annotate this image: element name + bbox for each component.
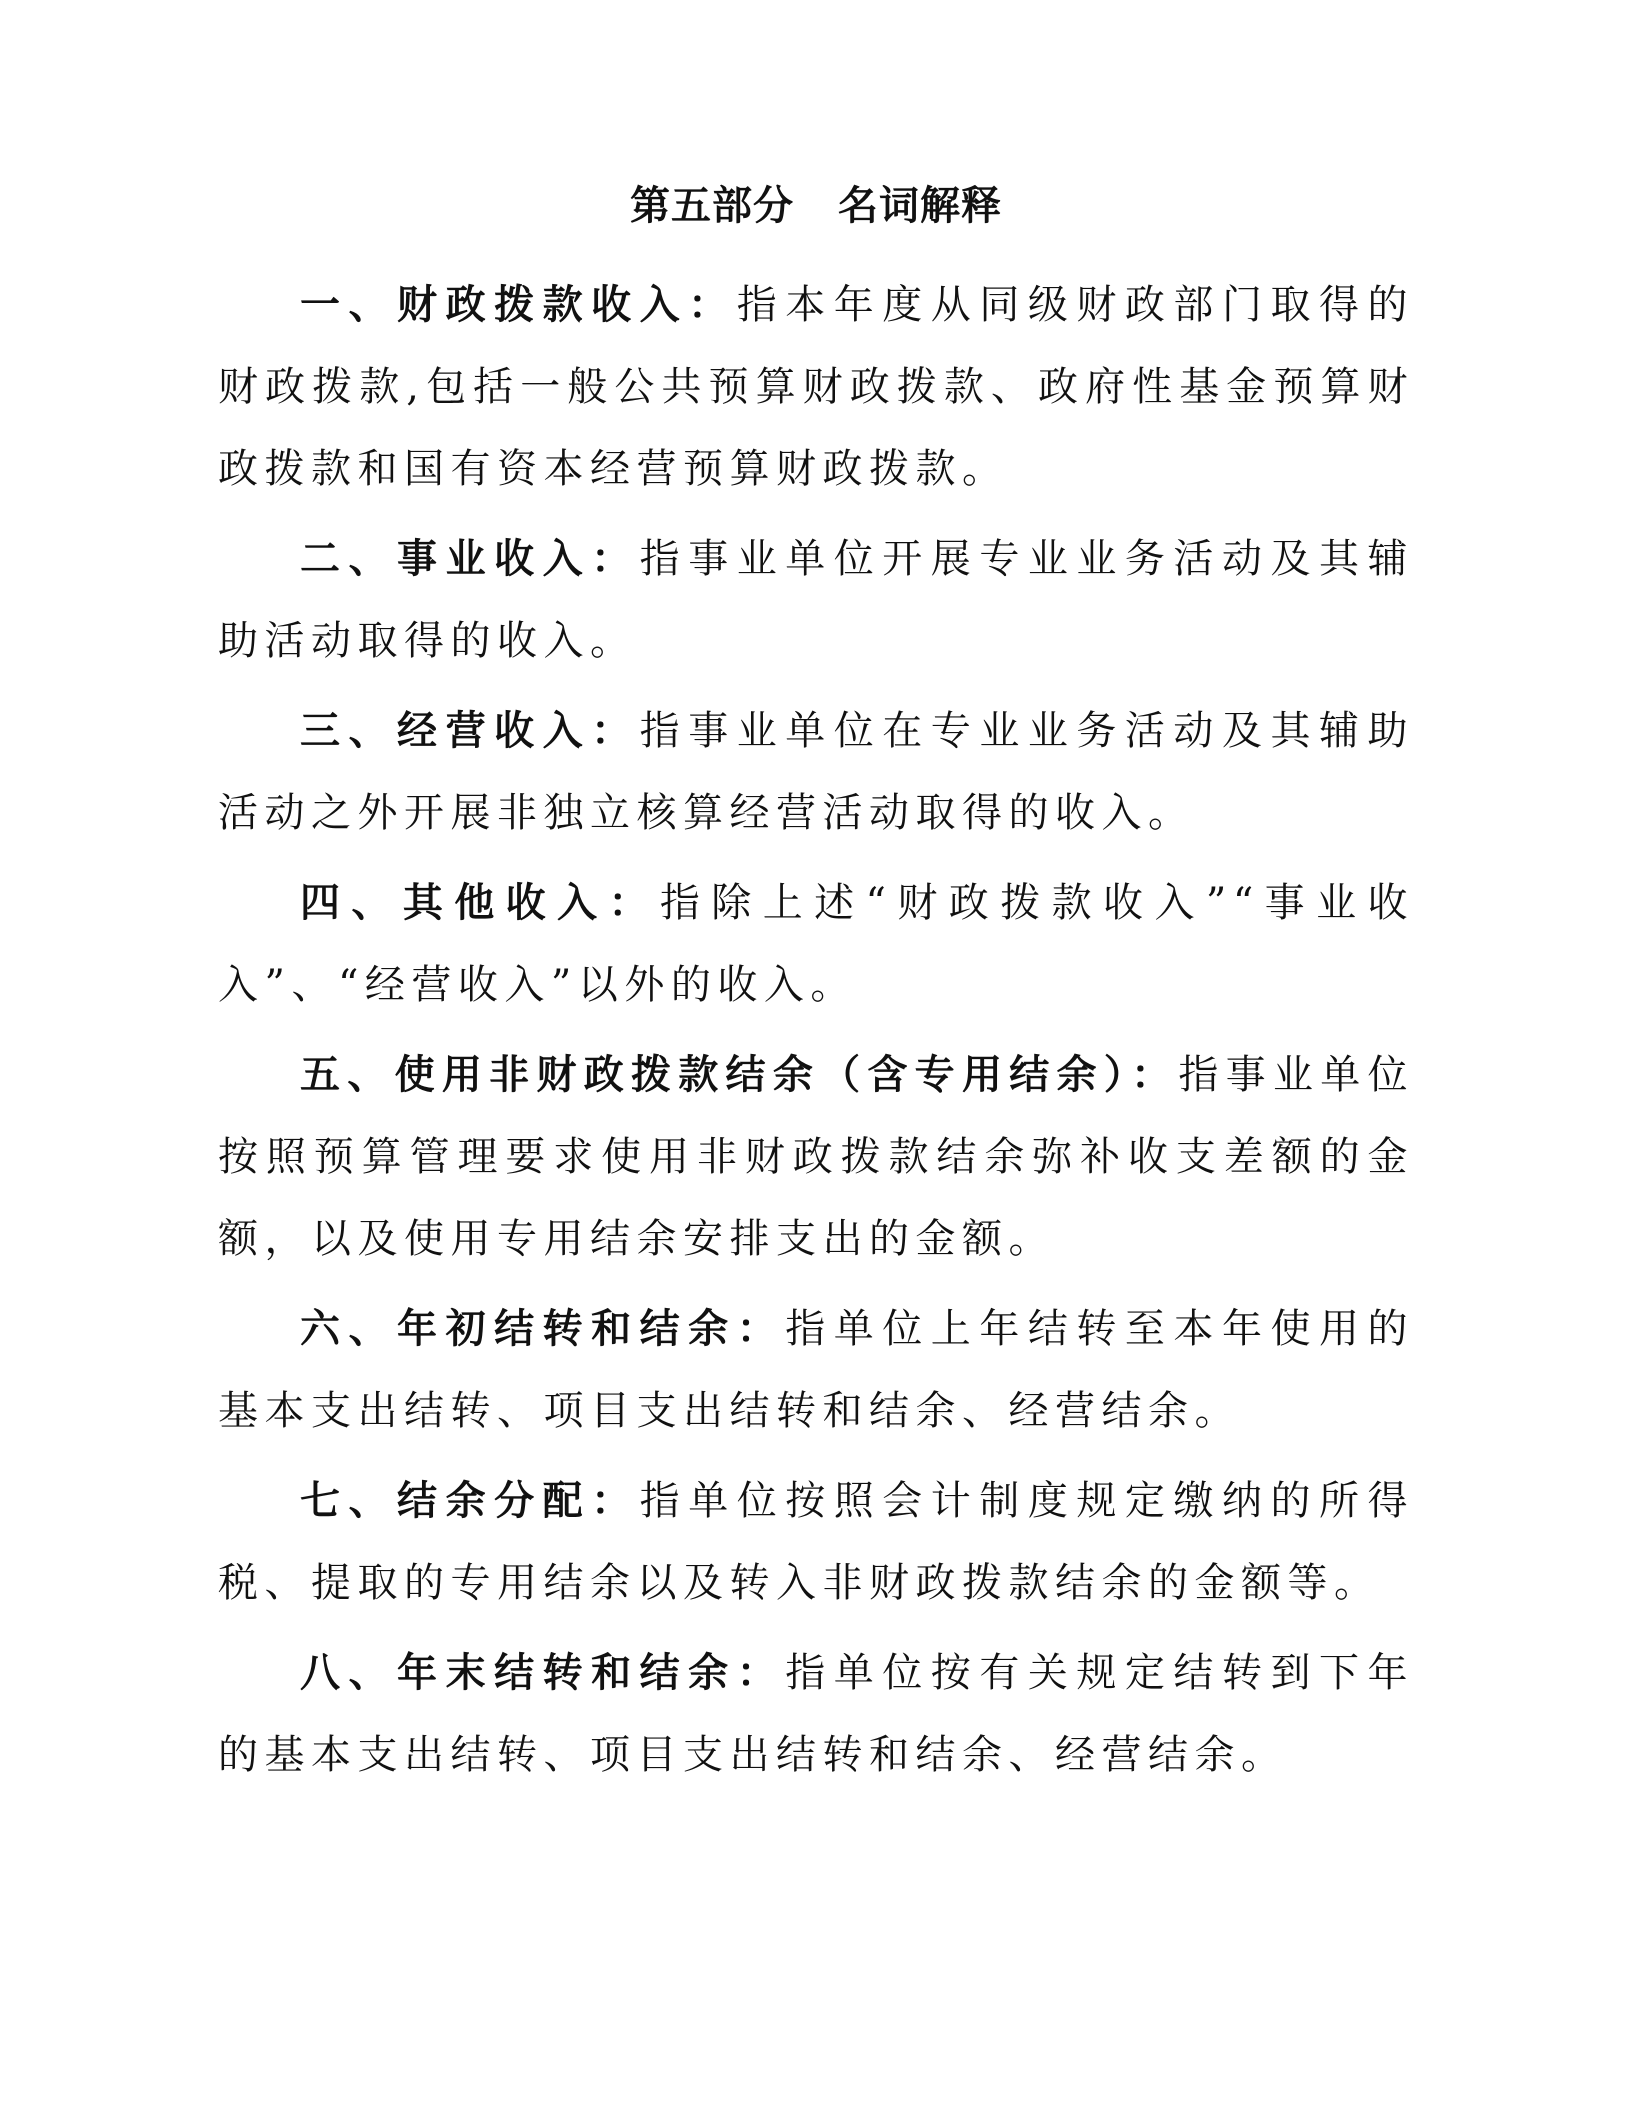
definition-term: 一、财政拨款收入： — [300, 281, 737, 328]
definition-paragraph-8: 八、年末结转和结余：指单位按有关规定结转到下年的基本支出结转、项目支出结转和结余… — [218, 1632, 1414, 1796]
definition-paragraph-2: 二、事业收入：指事业单位开展专业业务活动及其辅助活动取得的收入。 — [218, 518, 1414, 682]
definition-term: 三、经营收入： — [300, 707, 640, 754]
title-name: 名词解释 — [838, 182, 1002, 229]
definition-term: 五、使用非财政拨款结余（含专用结余）： — [300, 1051, 1178, 1098]
definition-paragraph-5: 五、使用非财政拨款结余（含专用结余）：指事业单位按照预算管理要求使用非财政拨款结… — [218, 1034, 1414, 1280]
definition-paragraph-3: 三、经营收入：指事业单位在专业业务活动及其辅助活动之外开展非独立核算经营活动取得… — [218, 690, 1414, 854]
definition-term: 八、年末结转和结余： — [300, 1649, 785, 1696]
definition-term: 六、年初结转和结余： — [300, 1305, 785, 1352]
definition-term: 二、事业收入： — [300, 535, 640, 582]
definition-paragraph-7: 七、结余分配：指单位按照会计制度规定缴纳的所得税、提取的专用结余以及转入非财政拨… — [218, 1460, 1414, 1624]
definition-term: 七、结余分配： — [300, 1477, 640, 1524]
definition-paragraph-4: 四、其他收入：指除上述“财政拨款收入”“事业收入”、“经营收入”以外的收入。 — [218, 862, 1414, 1026]
definition-paragraph-1: 一、财政拨款收入：指本年度从同级财政部门取得的财政拨款,包括一般公共预算财政拨款… — [218, 264, 1414, 510]
definition-paragraph-6: 六、年初结转和结余：指单位上年结转至本年使用的基本支出结转、项目支出结转和结余、… — [218, 1288, 1414, 1452]
title-part: 第五部分 — [630, 182, 794, 229]
page-title: 第五部分名词解释 — [218, 178, 1414, 234]
definition-term: 四、其他收入： — [300, 879, 660, 926]
